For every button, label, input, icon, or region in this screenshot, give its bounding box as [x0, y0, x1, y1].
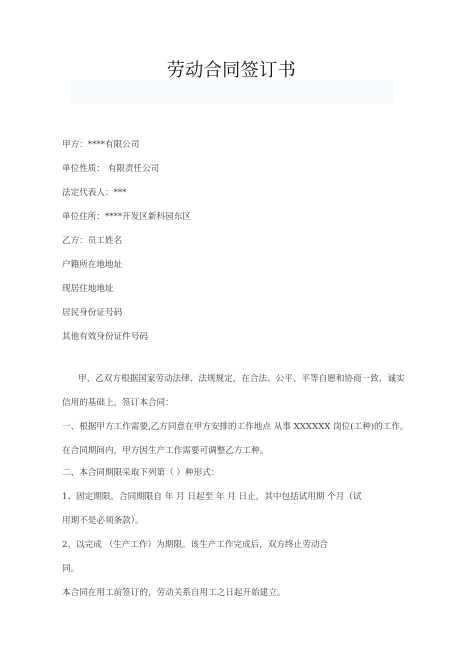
- clause-2-option-2: 2、以完成 （生产工作）为期限。该生产工作完成后，双方终止劳动合: [62, 538, 328, 550]
- party-b-residence: 现居住地地址: [62, 282, 114, 294]
- clause-2: 二、本合同期限采取下列第（ ）种形式：: [62, 466, 219, 478]
- preamble-line-1: 甲、乙双方根据国家劳动法律、法规规定，在合法、公平、平等自愿和协商一致、诚实: [78, 372, 405, 384]
- clause-1-cont: 在合同期间内，甲方因生产工作需要可调整乙方工种。: [62, 444, 268, 456]
- employment-start-note: 本合同在用工前签订的，劳动关系自用工之日起开始建立。: [62, 586, 285, 598]
- party-a-name: 甲方：****有限公司: [62, 138, 139, 150]
- clause-2-option-2-cont: 同。: [62, 562, 79, 574]
- clause-1: 一、根据甲方工作需要,乙方同意在甲方安排的工作地点 从事 XXXXXX 岗位(工…: [62, 420, 409, 432]
- party-b-household: 户籍所在地地址: [62, 258, 122, 270]
- clause-2-option-1-cont: 用期不是必须条款）。: [62, 514, 144, 526]
- clause-2-option-1: 1、固定期限。合同期限自 年 月 日起至 年 月 日止，其中包括试用期 个月（试: [62, 490, 362, 502]
- document-title: 劳动合同签订书: [0, 56, 463, 82]
- party-b-other-id: 其他有效身份证件号码: [62, 330, 148, 342]
- preamble-line-2: 信用的基础上，签订本合同：: [62, 396, 174, 408]
- party-b-id: 居民身份证号码: [62, 306, 122, 318]
- party-b-name: 乙方：员工姓名: [62, 234, 122, 246]
- party-a-address: 单位住所：****开发区新科园东区: [62, 210, 191, 222]
- party-a-rep: 法定代表人：***: [62, 186, 126, 198]
- title-band: [70, 80, 394, 104]
- party-a-type: 单位性质： 有限责任公司: [62, 162, 159, 174]
